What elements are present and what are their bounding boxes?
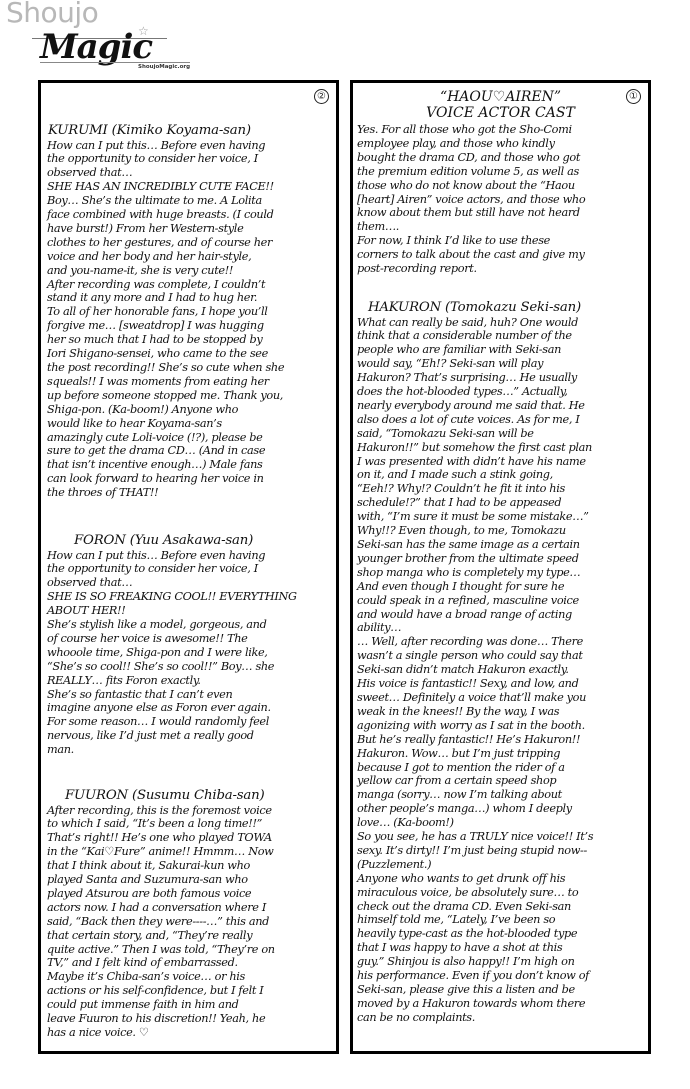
section-body: After recording, this is the foremost vo… — [47, 804, 333, 1040]
logo-magic-text: Magic — [40, 27, 152, 67]
site-logo: Shoujo Magic ☆ ShoujoMagic.org — [0, 0, 200, 80]
section-hakuron: HAKURON (Tomokazu Seki-san) What can rea… — [357, 301, 645, 1025]
section-fuuron: FUURON (Susumu Chiba-san) After recordin… — [47, 789, 333, 1040]
section-foron: FORON (Yuu Asakawa-san) How can I put th… — [47, 534, 333, 757]
logo-shoujo-text: Shoujo — [6, 0, 98, 29]
intro-body: Yes. For all those who got the Sho-Comi … — [357, 123, 645, 276]
section-heading: KURUMI (Kimiko Koyama-san) — [47, 124, 333, 139]
logo-url: ShoujoMagic.org — [138, 64, 190, 70]
logo-rule — [40, 62, 190, 63]
section-body: How can I put this… Before even having t… — [47, 139, 333, 501]
star-icon: ☆ — [138, 24, 149, 38]
section-heading: FORON (Yuu Asakawa-san) — [47, 534, 333, 549]
section-heading: FUURON (Susumu Chiba-san) — [47, 789, 333, 804]
section-body: What can really be said, huh? One would … — [357, 316, 645, 1025]
section-kurumi: KURUMI (Kimiko Koyama-san) How can I put… — [47, 124, 333, 500]
left-text-panel: ② KURUMI (Kimiko Koyama-san) How can I p… — [38, 80, 339, 1054]
intro-text: Yes. For all those who got the Sho-Comi … — [357, 123, 645, 276]
section-heading: HAKURON (Tomokazu Seki-san) — [357, 301, 645, 316]
section-body: How can I put this… Before even having t… — [47, 549, 333, 758]
right-text-panel: ① “HAOU♡AIREN” VOICE ACTOR CAST Yes. For… — [350, 80, 651, 1054]
